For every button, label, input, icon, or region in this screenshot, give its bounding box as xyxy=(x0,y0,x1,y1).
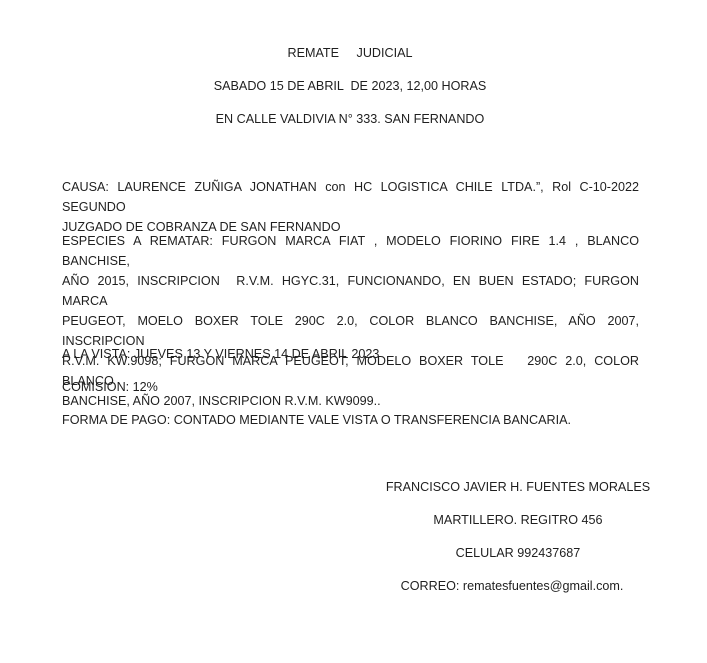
payment-method: FORMA DE PAGO: CONTADO MEDIANTE VALE VIS… xyxy=(62,412,571,428)
viewing-dates: A LA VISTA: JUEVES 13 Y VIERNES 14 DE AB… xyxy=(62,346,379,362)
auction-date: SABADO 15 DE ABRIL DE 2023, 12,00 HORAS xyxy=(0,78,700,94)
causa-paragraph: CAUSA: LAURENCE ZUÑIGA JONATHAN con HC L… xyxy=(62,177,639,237)
document-title: REMATE JUDICIAL xyxy=(0,45,700,61)
causa-line: CAUSA: LAURENCE ZUÑIGA JONATHAN con HC L… xyxy=(62,177,639,217)
document-page: REMATE JUDICIAL SABADO 15 DE ABRIL DE 20… xyxy=(0,0,707,663)
auctioneer-name: FRANCISCO JAVIER H. FUENTES MORALES xyxy=(378,479,658,495)
especies-line: PEUGEOT, MOELO BOXER TOLE 290C 2.0, COLO… xyxy=(62,311,639,351)
auctioneer-email: CORREO: rematesfuentes@gmail.com. xyxy=(372,578,652,594)
especies-line: ESPECIES A REMATAR: FURGON MARCA FIAT , … xyxy=(62,231,639,271)
auction-location: EN CALLE VALDIVIA N° 333. SAN FERNANDO xyxy=(0,111,700,127)
commission: COMISION: 12% xyxy=(62,379,158,395)
auctioneer-registry: MARTILLERO. REGITRO 456 xyxy=(378,512,658,528)
auctioneer-phone: CELULAR 992437687 xyxy=(378,545,658,561)
especies-line: AÑO 2015, INSCRIPCION R.V.M. HGYC.31, FU… xyxy=(62,271,639,311)
